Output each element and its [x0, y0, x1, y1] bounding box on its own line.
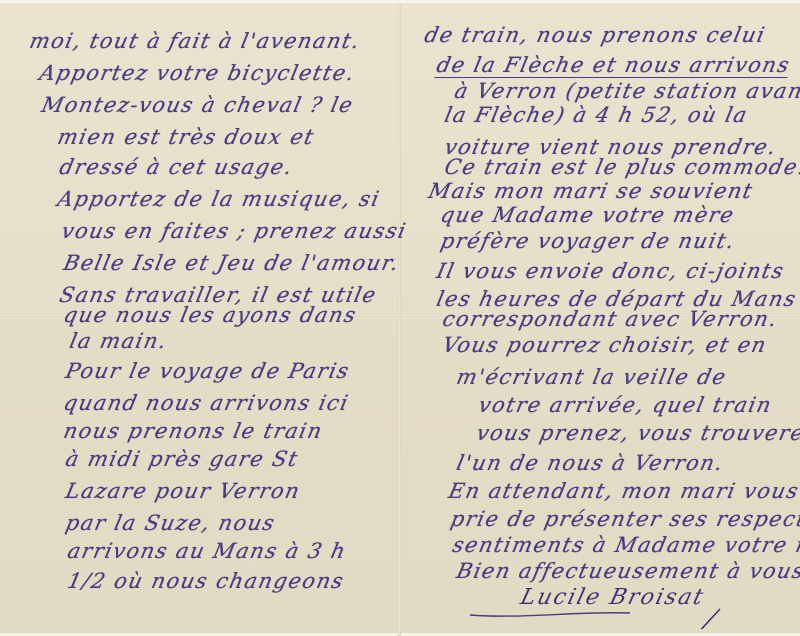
letter-line: correspondant avec Verron.: [440, 307, 780, 331]
letter-line: Ce train est le plus commode.: [442, 155, 800, 179]
letter-line: Apportez de la musique, si: [55, 187, 382, 211]
letter-line: 1/2 où nous changeons: [65, 569, 346, 593]
letter-line: Il vous envoie donc, ci-joints: [434, 259, 786, 283]
letter-line: vous en faites ; prenez aussi: [59, 219, 409, 243]
letter-line: mien est très doux et: [55, 125, 317, 149]
letter-line: Pour le voyage de Paris: [63, 359, 352, 383]
letter-line: à Verron (petite station avant: [452, 79, 800, 103]
letter-line: arrivons au Mans à 3 h: [65, 539, 348, 563]
letter-line: nous prenons le train: [61, 419, 325, 443]
letter-line: Apportez votre bicyclette.: [37, 61, 357, 85]
letter-line: que Madame votre mère: [438, 203, 737, 227]
letter-line: par la Suze, nous: [63, 511, 277, 535]
letter-line: Vous pourrez choisir, et en: [440, 333, 769, 357]
letter-line: dressé à cet usage.: [57, 155, 295, 179]
letter-line: En attendant, mon mari vous: [446, 479, 800, 503]
letter-line: m'écrivant la veille de: [454, 365, 729, 389]
letter-line: Mais mon mari se souvient: [426, 179, 755, 203]
letter-line: Bien affectueusement à vous: [454, 559, 800, 583]
letter-line: moi, tout à fait à l'avenant.: [27, 29, 362, 53]
letter-line: Belle Isle et Jeu de l'amour.: [61, 251, 402, 275]
letter-sheet: moi, tout à fait à l'avenant. Apportez v…: [0, 0, 800, 636]
letter-line: à midi près gare St: [63, 447, 301, 471]
letter-line: votre arrivée, quel train: [476, 393, 774, 417]
letter-line: vous prenez, vous trouverez: [474, 421, 800, 445]
left-page: moi, tout à fait à l'avenant. Apportez v…: [0, 3, 398, 636]
letter-line: prie de présenter ses respectueux: [448, 507, 800, 531]
letter-line: Lazare pour Verron: [63, 479, 303, 503]
letter-line: sentiments à Madame votre mère.: [450, 533, 800, 557]
letter-line-underlined: de la Flèche et nous arrivons: [434, 53, 792, 78]
letter-line: Montez-vous à cheval ? le: [39, 93, 356, 117]
right-page: de train, nous prenons celui de la Flèch…: [401, 3, 800, 636]
letter-line: préfère voyager de nuit.: [438, 229, 737, 253]
letter-line: l'un de nous à Verron.: [454, 451, 726, 475]
letter-line: que nous les ayons dans: [61, 303, 359, 327]
letter-line: de train, nous prenons celui: [422, 23, 768, 47]
letter-line: la main.: [67, 329, 169, 353]
letter-line: quand nous arrivons ici: [61, 391, 351, 415]
signature-flourish-icon: [460, 589, 760, 629]
letter-line: la Flèche) à 4 h 52, où la: [442, 103, 750, 127]
